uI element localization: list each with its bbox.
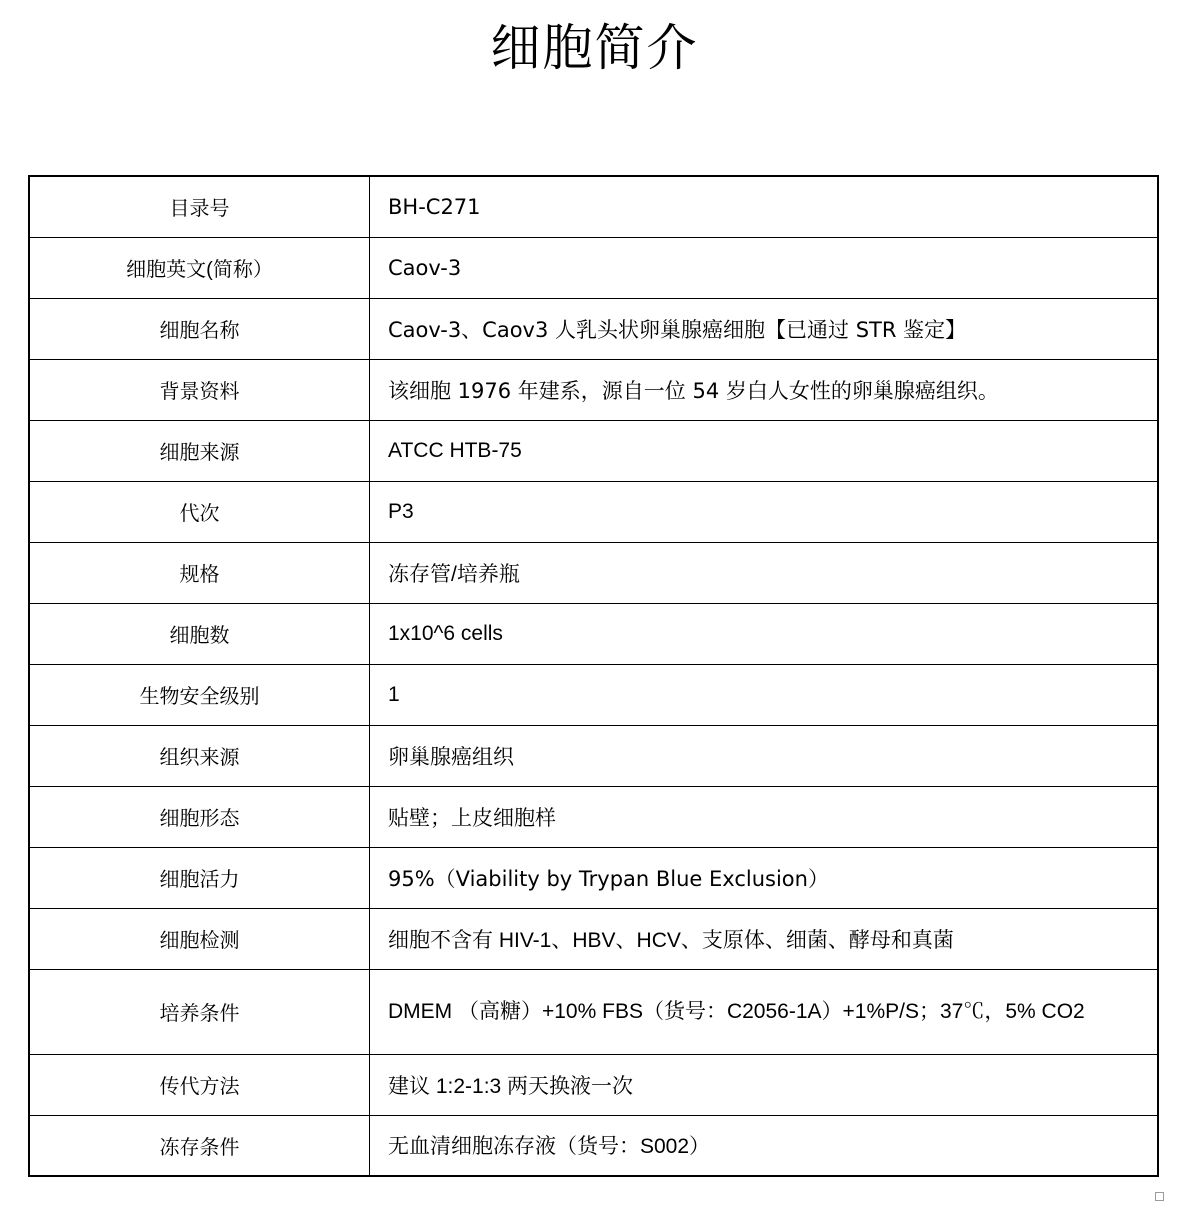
row-label: 冻存条件 (29, 1115, 370, 1176)
row-label: 传代方法 (29, 1054, 370, 1115)
page-title: 细胞简介 (0, 0, 1189, 78)
row-value: ATCC HTB-75 (370, 420, 1159, 481)
table-row: 细胞名称 Caov-3、Caov3 人乳头状卵巢腺癌细胞【已通过 STR 鉴定】 (29, 298, 1158, 359)
row-value: 该细胞 1976 年建系，源自一位 54 岁白人女性的卵巢腺癌组织。 (370, 359, 1159, 420)
row-label: 培养条件 (29, 969, 370, 1054)
table-row: 细胞活力 95%（Viability by Trypan Blue Exclus… (29, 847, 1158, 908)
table-row: 传代方法 建议 1:2-1:3 两天换液一次 (29, 1054, 1158, 1115)
row-label: 目录号 (29, 176, 370, 237)
row-label: 细胞英文(简称） (29, 237, 370, 298)
table-row: 规格 冻存管/培养瓶 (29, 542, 1158, 603)
table-row: 细胞英文(简称） Caov-3 (29, 237, 1158, 298)
row-value: Caov-3、Caov3 人乳头状卵巢腺癌细胞【已通过 STR 鉴定】 (370, 298, 1159, 359)
row-label: 细胞名称 (29, 298, 370, 359)
row-value: 冻存管/培养瓶 (370, 542, 1159, 603)
row-value: Caov-3 (370, 237, 1159, 298)
row-value: 建议 1:2-1:3 两天换液一次 (370, 1054, 1159, 1115)
row-label: 细胞来源 (29, 420, 370, 481)
row-label: 规格 (29, 542, 370, 603)
row-value: 95%（Viability by Trypan Blue Exclusion） (370, 847, 1159, 908)
table-row: 细胞形态 贴壁；上皮细胞样 (29, 786, 1158, 847)
row-value: BH-C271 (370, 176, 1159, 237)
table-row: 背景资料 该细胞 1976 年建系，源自一位 54 岁白人女性的卵巢腺癌组织。 (29, 359, 1158, 420)
row-value: 1x10^6 cells (370, 603, 1159, 664)
table-row: 细胞数 1x10^6 cells (29, 603, 1158, 664)
table-row: 培养条件 DMEM （高糖）+10% FBS（货号：C2056-1A）+1%P/… (29, 969, 1158, 1054)
row-value: 细胞不含有 HIV-1、HBV、HCV、支原体、细菌、酵母和真菌 (370, 908, 1159, 969)
cell-info-table: 目录号 BH-C271 细胞英文(简称） Caov-3 细胞名称 Caov-3、… (28, 175, 1159, 1177)
table-row: 生物安全级别 1 (29, 664, 1158, 725)
table-row: 组织来源 卵巢腺癌组织 (29, 725, 1158, 786)
row-value: DMEM （高糖）+10% FBS（货号：C2056-1A）+1%P/S；37℃… (370, 969, 1159, 1054)
row-value: 无血清细胞冻存液（货号：S002） (370, 1115, 1159, 1176)
row-value: 1 (370, 664, 1159, 725)
row-value: 卵巢腺癌组织 (370, 725, 1159, 786)
table-row: 细胞检测 细胞不含有 HIV-1、HBV、HCV、支原体、细菌、酵母和真菌 (29, 908, 1158, 969)
row-label: 代次 (29, 481, 370, 542)
row-label: 细胞活力 (29, 847, 370, 908)
row-label: 生物安全级别 (29, 664, 370, 725)
table-row: 目录号 BH-C271 (29, 176, 1158, 237)
row-value: P3 (370, 481, 1159, 542)
row-value: 贴壁；上皮细胞样 (370, 786, 1159, 847)
row-label: 组织来源 (29, 725, 370, 786)
row-label: 细胞形态 (29, 786, 370, 847)
row-label: 细胞数 (29, 603, 370, 664)
row-label: 细胞检测 (29, 908, 370, 969)
row-label: 背景资料 (29, 359, 370, 420)
table-row: 细胞来源 ATCC HTB-75 (29, 420, 1158, 481)
table-row: 代次 P3 (29, 481, 1158, 542)
table-row: 冻存条件 无血清细胞冻存液（货号：S002） (29, 1115, 1158, 1176)
table-resize-handle[interactable] (1155, 1192, 1164, 1201)
